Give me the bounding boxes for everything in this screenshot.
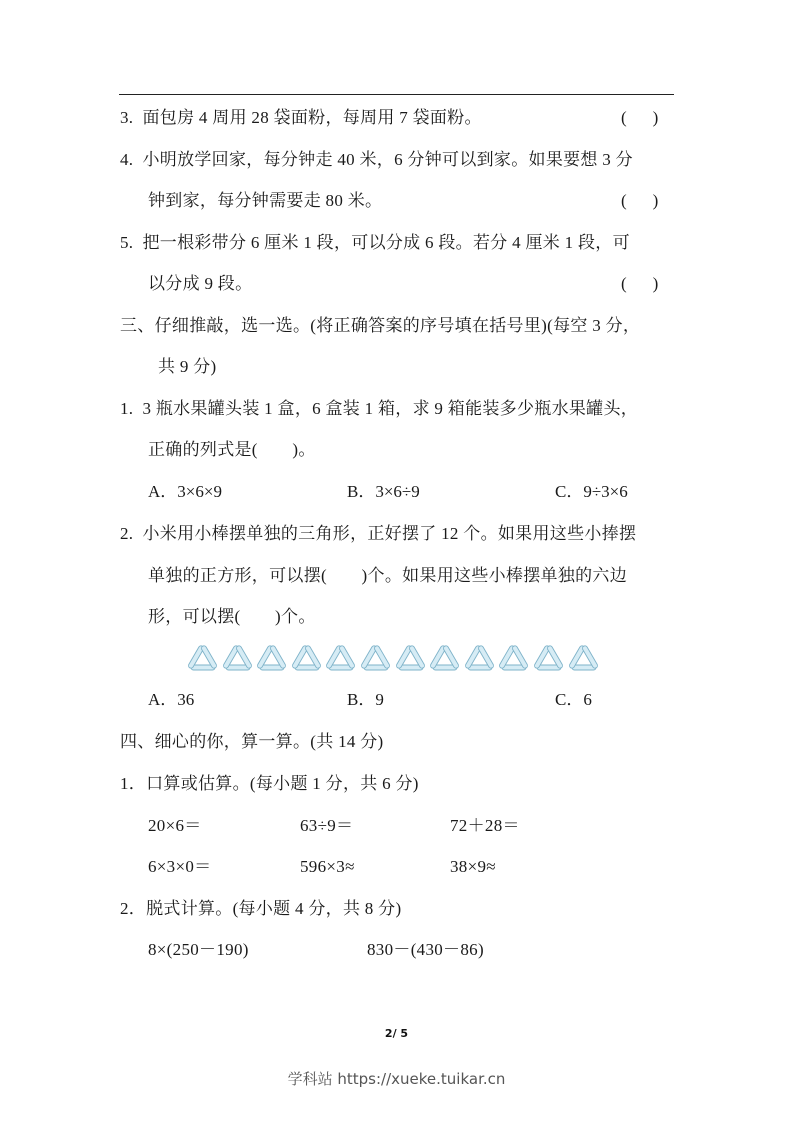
choice-question-1-line2: 正确的列式是( )。 bbox=[148, 439, 316, 461]
question-number: 4. bbox=[120, 150, 133, 169]
option-label: B． bbox=[347, 482, 375, 501]
choice-question-1: 1. 3 瓶水果罐头装 1 盒，6 盒装 1 箱，求 9 箱能装多少瓶水果罐头， bbox=[120, 398, 638, 420]
stick-triangle-icon bbox=[463, 643, 498, 673]
sub1-title: 1．口算或估算。(每小题 1 分，共 6 分) bbox=[120, 773, 419, 795]
stick-triangle-icon bbox=[394, 643, 429, 673]
section-3-heading-line2: 共 9 分) bbox=[158, 356, 216, 378]
option-value: 36 bbox=[177, 690, 194, 709]
sub2-title: 2．脱式计算。(每小题 4 分，共 8 分) bbox=[120, 898, 401, 920]
section-3-heading: 三、仔细推敲，选一选。(将正确答案的序号填在括号里)(每空 3 分， bbox=[120, 315, 640, 337]
stick-triangle-icon bbox=[221, 643, 256, 673]
choice-question-2-line2: 单独的正方形，可以摆( )个。如果用这些小棒摆单独的六边 bbox=[148, 565, 627, 587]
question-5: 5. 把一根彩带分 6 厘米 1 段，可以分成 6 段。若分 4 厘米 1 段，… bbox=[120, 232, 630, 254]
choice-question-2-line3: 形，可以摆( )个。 bbox=[148, 606, 316, 628]
calc-item: 63÷9＝ bbox=[300, 815, 353, 837]
question-text: 3 瓶水果罐头装 1 盒，6 盒装 1 箱，求 9 箱能装多少瓶水果罐头， bbox=[142, 399, 638, 418]
question-number: 5. bbox=[120, 233, 133, 252]
stick-triangle-icon bbox=[290, 643, 325, 673]
stick-triangle-icon bbox=[359, 643, 394, 673]
paren-open: ( bbox=[621, 274, 627, 293]
question-number: 3. bbox=[120, 108, 133, 127]
calc-item: 596×3≈ bbox=[300, 856, 355, 878]
option-value: 9 bbox=[375, 690, 384, 709]
paren-close: ) bbox=[653, 274, 659, 293]
option-b[interactable]: B．9 bbox=[347, 689, 384, 711]
choice-question-2: 2. 小米用小棒摆单独的三角形，正好摆了 12 个。如果用这些小捧摆 bbox=[120, 523, 636, 545]
paren-open: ( bbox=[621, 191, 627, 210]
calc-item: 20×6＝ bbox=[148, 815, 202, 837]
question-3: 3. 面包房 4 周用 28 袋面粉，每周用 7 袋面粉。 bbox=[120, 107, 482, 129]
question-4: 4. 小明放学回家，每分钟走 40 米，6 分钟可以到家。如果要想 3 分 bbox=[120, 149, 633, 171]
question-text: 小米用小棒摆单独的三角形，正好摆了 12 个。如果用这些小捧摆 bbox=[142, 524, 636, 543]
question-5-line2: 以分成 9 段。 bbox=[148, 273, 252, 295]
stick-triangle-icon bbox=[186, 643, 221, 673]
option-label: C． bbox=[555, 690, 583, 709]
header-rule bbox=[119, 94, 674, 95]
answer-blank-5[interactable]: () bbox=[621, 273, 658, 295]
option-value: 3×6×9 bbox=[177, 482, 222, 501]
option-value: 9÷3×6 bbox=[583, 482, 627, 501]
stick-triangle-icon bbox=[497, 643, 532, 673]
option-value: 6 bbox=[583, 690, 592, 709]
calc-item: 38×9≈ bbox=[450, 856, 496, 878]
stick-triangle-icon bbox=[567, 643, 602, 673]
option-label: A． bbox=[148, 482, 177, 501]
question-4-line2: 钟到家，每分钟需要走 80 米。 bbox=[148, 190, 382, 212]
section-4-heading: 四、细心的你，算一算。(共 14 分) bbox=[120, 731, 384, 753]
calc-item: 830－(430－86) bbox=[367, 939, 484, 961]
option-a[interactable]: A．36 bbox=[148, 689, 194, 711]
stick-triangle-icon bbox=[255, 643, 290, 673]
calc-item: 72＋28＝ bbox=[450, 815, 520, 837]
stick-triangles-figure bbox=[186, 643, 606, 675]
stick-triangle-icon bbox=[428, 643, 463, 673]
option-a[interactable]: A．3×6×9 bbox=[148, 481, 222, 503]
question-number: 1. bbox=[120, 399, 133, 418]
answer-blank-4[interactable]: () bbox=[621, 190, 658, 212]
question-number: 2. bbox=[120, 524, 133, 543]
paren-close: ) bbox=[653, 108, 659, 127]
paren-close: ) bbox=[653, 191, 659, 210]
question-text: 把一根彩带分 6 厘米 1 段，可以分成 6 段。若分 4 厘米 1 段，可 bbox=[142, 233, 629, 252]
option-c[interactable]: C．6 bbox=[555, 689, 592, 711]
calc-item: 8×(250－190) bbox=[148, 939, 249, 961]
stick-triangle-icon bbox=[324, 643, 359, 673]
option-value: 3×6÷9 bbox=[375, 482, 419, 501]
option-c[interactable]: C．9÷3×6 bbox=[555, 481, 628, 503]
option-label: B． bbox=[347, 690, 375, 709]
page-number: 2/ 5 bbox=[0, 1027, 793, 1040]
stick-triangle-icon bbox=[532, 643, 567, 673]
option-b[interactable]: B．3×6÷9 bbox=[347, 481, 420, 503]
question-text: 面包房 4 周用 28 袋面粉，每周用 7 袋面粉。 bbox=[142, 108, 481, 127]
calc-item: 6×3×0＝ bbox=[148, 856, 211, 878]
option-label: C． bbox=[555, 482, 583, 501]
question-text: 小明放学回家，每分钟走 40 米，6 分钟可以到家。如果要想 3 分 bbox=[142, 150, 632, 169]
option-label: A． bbox=[148, 690, 177, 709]
answer-blank-3[interactable]: () bbox=[621, 107, 658, 129]
paren-open: ( bbox=[621, 108, 627, 127]
watermark: 学科站 https://xueke.tuikar.cn bbox=[0, 1068, 793, 1089]
